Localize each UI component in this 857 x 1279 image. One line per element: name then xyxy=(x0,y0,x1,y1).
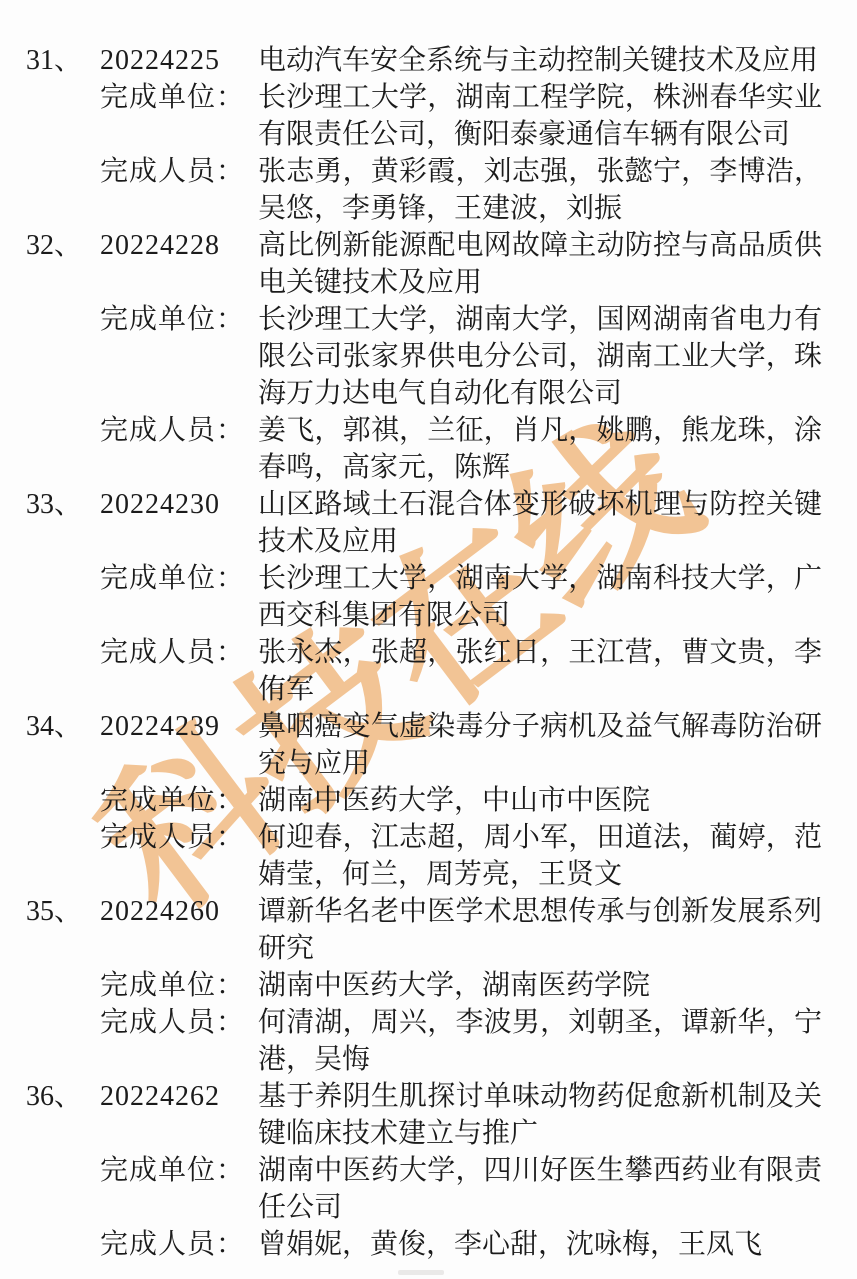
entry-units-row: 完成单位： 湖南中医药大学，湖南医药学院 xyxy=(26,967,857,1004)
entry-id: 20224225 xyxy=(100,42,258,79)
entry-33: 33、 20224230 山区路域土石混合体变形破坏机理与防控关键技术及应用 完… xyxy=(26,486,857,708)
personnel-label: 完成人员： xyxy=(100,1004,258,1041)
personnel-label: 完成人员： xyxy=(100,1226,258,1263)
entry-personnel: 何清湖，周兴，李波男，刘朝圣，谭新华，宁港，吴悔 xyxy=(258,1004,822,1078)
entry-title-row: 32、 20224228 高比例新能源配电网故障主动防控与高品质供电关键技术及应… xyxy=(26,227,857,301)
units-label: 完成单位： xyxy=(100,1152,258,1189)
entry-units: 湖南中医药大学，湖南医药学院 xyxy=(258,967,822,1004)
units-label: 完成单位： xyxy=(100,782,258,819)
entry-number: 35、 xyxy=(26,893,100,930)
units-label: 完成单位： xyxy=(100,560,258,597)
personnel-label: 完成人员： xyxy=(100,634,258,671)
entry-title-row: 33、 20224230 山区路域土石混合体变形破坏机理与防控关键技术及应用 xyxy=(26,486,857,560)
entry-personnel-row: 完成人员： 何清湖，周兴，李波男，刘朝圣，谭新华，宁港，吴悔 xyxy=(26,1004,857,1078)
entry-id: 20224230 xyxy=(100,486,258,523)
entry-personnel-row: 完成人员： 曾娟妮，黄俊，李心甜，沈咏梅，王凤飞 xyxy=(26,1226,857,1263)
entry-title-row: 35、 20224260 谭新华名老中医学术思想传承与创新发展系列研究 xyxy=(26,893,857,967)
document-page: 31、 20224225 电动汽车安全系统与主动控制关键技术及应用 完成单位： … xyxy=(0,0,857,1263)
entry-id: 20224262 xyxy=(100,1078,258,1115)
entry-title: 山区路域土石混合体变形破坏机理与防控关键技术及应用 xyxy=(258,486,822,560)
entry-title: 基于养阴生肌探讨单味动物药促愈新机制及关键临床技术建立与推广 xyxy=(258,1078,822,1152)
personnel-label: 完成人员： xyxy=(100,153,258,190)
entry-number: 32、 xyxy=(26,227,100,264)
personnel-label: 完成人员： xyxy=(100,819,258,856)
entry-title-row: 31、 20224225 电动汽车安全系统与主动控制关键技术及应用 xyxy=(26,42,857,79)
entry-36: 36、 20224262 基于养阴生肌探讨单味动物药促愈新机制及关键临床技术建立… xyxy=(26,1078,857,1263)
entry-units: 长沙理工大学，湖南工程学院，株洲春华实业有限责任公司，衡阳泰豪通信车辆有限公司 xyxy=(258,79,822,153)
entry-units: 湖南中医药大学，中山市中医院 xyxy=(258,782,822,819)
entry-number: 33、 xyxy=(26,486,100,523)
personnel-label: 完成人员： xyxy=(100,412,258,449)
units-label: 完成单位： xyxy=(100,301,258,338)
entry-units: 长沙理工大学，湖南大学，湖南科技大学，广西交科集团有限公司 xyxy=(258,560,822,634)
entry-units-row: 完成单位： 长沙理工大学，湖南大学，国网湖南省电力有限公司张家界供电分公司，湖南… xyxy=(26,301,857,412)
entry-number: 31、 xyxy=(26,42,100,79)
entry-units-row: 完成单位： 湖南中医药大学，四川好医生攀西药业有限责任公司 xyxy=(26,1152,857,1226)
entry-title-row: 34、 20224239 鼻咽癌变气虚染毒分子病机及益气解毒防治研究与应用 xyxy=(26,708,857,782)
entry-units: 湖南中医药大学，四川好医生攀西药业有限责任公司 xyxy=(258,1152,822,1226)
entry-personnel: 曾娟妮，黄俊，李心甜，沈咏梅，王凤飞 xyxy=(258,1226,822,1263)
entry-personnel-row: 完成人员： 何迎春，江志超，周小军，田道法，蔺婷，范婧莹，何兰，周芳亮，王贤文 xyxy=(26,819,857,893)
entry-personnel: 何迎春，江志超，周小军，田道法，蔺婷，范婧莹，何兰，周芳亮，王贤文 xyxy=(258,819,822,893)
entry-personnel-row: 完成人员： 张志勇，黄彩霞，刘志强，张懿宁，李博浩，吴悠，李勇锋，王建波，刘振 xyxy=(26,153,857,227)
entry-title: 高比例新能源配电网故障主动防控与高品质供电关键技术及应用 xyxy=(258,227,822,301)
entry-number: 36、 xyxy=(26,1078,100,1115)
entry-title: 鼻咽癌变气虚染毒分子病机及益气解毒防治研究与应用 xyxy=(258,708,822,782)
entry-personnel: 姜飞，郭祺，兰征，肖凡，姚鹏，熊龙珠，涂春鸣，高家元，陈辉 xyxy=(258,412,822,486)
entry-personnel-row: 完成人员： 姜飞，郭祺，兰征，肖凡，姚鹏，熊龙珠，涂春鸣，高家元，陈辉 xyxy=(26,412,857,486)
entry-id: 20224228 xyxy=(100,227,258,264)
entry-units-row: 完成单位： 湖南中医药大学，中山市中医院 xyxy=(26,782,857,819)
entry-units-row: 完成单位： 长沙理工大学，湖南工程学院，株洲春华实业有限责任公司，衡阳泰豪通信车… xyxy=(26,79,857,153)
entry-units: 长沙理工大学，湖南大学，国网湖南省电力有限公司张家界供电分公司，湖南工业大学，珠… xyxy=(258,301,822,412)
entry-id: 20224239 xyxy=(100,708,258,745)
entry-units-row: 完成单位： 长沙理工大学，湖南大学，湖南科技大学，广西交科集团有限公司 xyxy=(26,560,857,634)
entry-title: 电动汽车安全系统与主动控制关键技术及应用 xyxy=(258,42,822,79)
entry-personnel-row: 完成人员： 张永杰，张超，张红日，王江营，曹文贵，李侑军 xyxy=(26,634,857,708)
entry-34: 34、 20224239 鼻咽癌变气虚染毒分子病机及益气解毒防治研究与应用 完成… xyxy=(26,708,857,893)
entry-id: 20224260 xyxy=(100,893,258,930)
units-label: 完成单位： xyxy=(100,79,258,116)
entry-32: 32、 20224228 高比例新能源配电网故障主动防控与高品质供电关键技术及应… xyxy=(26,227,857,486)
entry-title: 谭新华名老中医学术思想传承与创新发展系列研究 xyxy=(258,893,822,967)
entry-35: 35、 20224260 谭新华名老中医学术思想传承与创新发展系列研究 完成单位… xyxy=(26,893,857,1078)
page-number-smudge xyxy=(398,1270,444,1275)
entry-personnel: 张永杰，张超，张红日，王江营，曹文贵，李侑军 xyxy=(258,634,822,708)
entry-31: 31、 20224225 电动汽车安全系统与主动控制关键技术及应用 完成单位： … xyxy=(26,42,857,227)
entry-personnel: 张志勇，黄彩霞，刘志强，张懿宁，李博浩，吴悠，李勇锋，王建波，刘振 xyxy=(258,153,822,227)
entry-title-row: 36、 20224262 基于养阴生肌探讨单味动物药促愈新机制及关键临床技术建立… xyxy=(26,1078,857,1152)
units-label: 完成单位： xyxy=(100,967,258,1004)
entry-number: 34、 xyxy=(26,708,100,745)
